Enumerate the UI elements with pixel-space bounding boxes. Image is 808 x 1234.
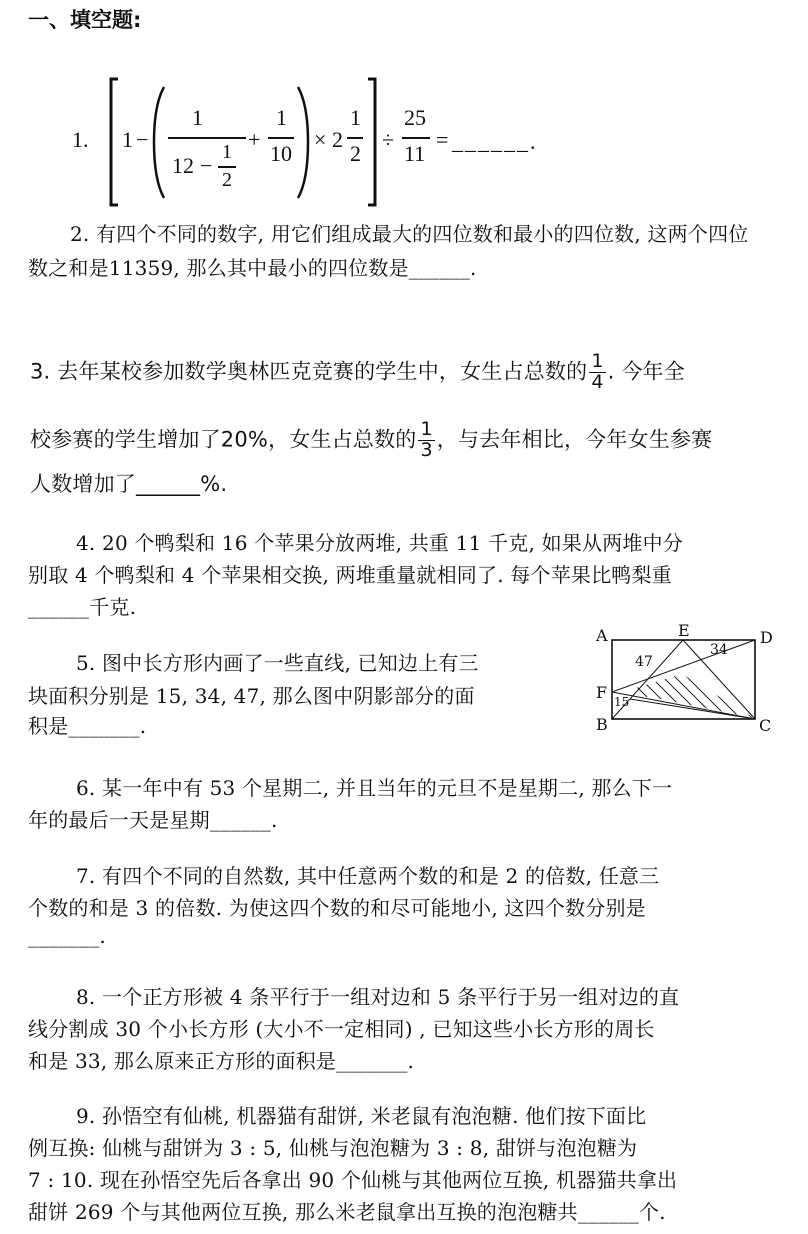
operator-divide: ÷	[382, 127, 394, 153]
question-2-line-1: 2. 有四个不同的数字, 用它们组成最大的四位数和最小的四位数, 这两个四位	[70, 218, 748, 247]
fraction-b-bar	[268, 137, 294, 139]
fraction-a-numerator: 1	[192, 105, 203, 131]
operator-minus: −	[136, 127, 148, 153]
question-6-line-2: 年的最后一天是星期______.	[28, 804, 278, 833]
area-label-34: 34	[710, 642, 728, 658]
left-bracket-icon	[108, 77, 120, 207]
point-label-f: F	[596, 683, 607, 702]
question-3-line-2-text: 校参赛的学生增加了20%，女生占总数的	[30, 427, 416, 451]
operator-plus: +	[248, 127, 260, 153]
fraction-c-numerator: 25	[404, 105, 426, 131]
term-one: 1	[122, 127, 133, 153]
question-4-line-3: ______千克.	[28, 591, 136, 620]
fraction-c-bar	[402, 137, 430, 139]
question-7-line-3: _______.	[28, 924, 106, 948]
question-1-formula: 1. 1 − 1 12 − 1 2 + 1 10 × 2 1 2 ÷ 25 11…	[70, 75, 550, 205]
question-4-line-1: 4. 20 个鸭梨和 16 个苹果分放两堆, 共重 11 千克, 如果从两堆中分	[76, 527, 683, 556]
right-paren-icon	[296, 85, 310, 200]
question-1-number: 1.	[72, 127, 89, 153]
fraction-denominator: 4	[589, 373, 605, 393]
mixed-number-bar	[347, 137, 363, 139]
question-9-line-2: 例互换: 仙桃与甜饼为 3 : 5, 仙桃与泡泡糖为 3 : 8, 甜饼与泡泡糖…	[28, 1132, 637, 1161]
question-8-line-2: 线分割成 30 个小长方形 (大小不一定相同) , 已知这些小长方形的周长	[28, 1013, 655, 1042]
fraction-b-denominator: 10	[270, 141, 292, 167]
fraction-numerator: 1	[589, 352, 605, 373]
rectangle-diagram: A E D F B C 47 34 15	[590, 618, 790, 738]
fraction-numerator: 1	[418, 420, 434, 441]
fraction-a-bar	[168, 137, 246, 139]
mixed-number-whole: 2	[332, 127, 343, 153]
question-3-line-1-tail: . 今年全	[608, 359, 685, 383]
fraction-b-numerator: 1	[276, 105, 287, 131]
sub-fraction-denominator: 2	[222, 169, 232, 192]
question-3-line-2-tail: ，与去年相比，今年女生参赛	[437, 427, 713, 451]
question-5-line-1: 5. 图中长方形内画了一些直线, 已知边上有三	[76, 647, 479, 676]
question-9-line-3: 7 : 10. 现在孙悟空先后各拿出 90 个仙桃与其他两位互换, 机器猫共拿出	[28, 1164, 677, 1193]
question-3-line-1-text: 3. 去年某校参加数学奥林匹克竞赛的学生中，女生占总数的	[30, 359, 587, 383]
mixed-number-denominator: 2	[350, 141, 361, 167]
sub-fraction-bar	[218, 166, 236, 168]
point-label-d: D	[760, 628, 773, 647]
question-4-line-2: 别取 4 个鸭梨和 4 个苹果相交换, 两堆重量就相同了. 每个苹果比鸭梨重	[28, 559, 672, 588]
area-label-15: 15	[614, 695, 629, 709]
point-label-b: B	[596, 715, 608, 734]
question-5-line-2: 块面积分别是 15, 34, 47, 那么图中阴影部分的面	[28, 680, 475, 709]
question-3-line-2: 校参赛的学生增加了20%，女生占总数的13，与去年相比，今年女生参赛	[30, 420, 712, 461]
mixed-number-numerator: 1	[350, 105, 361, 131]
section-heading: 一、填空题:	[28, 4, 141, 34]
question-5-line-3: 积是_______.	[28, 710, 146, 739]
question-3-line-3: 人数增加了______%.	[30, 468, 227, 498]
question-3-line-1: 3. 去年某校参加数学奥林匹克竞赛的学生中，女生占总数的14. 今年全	[30, 352, 685, 393]
question-7-line-2: 个数的和是 3 的倍数. 为使这四个数的和尽可能地小, 这四个数分别是	[28, 892, 646, 921]
sub-fraction-numerator: 1	[222, 141, 232, 164]
fraction-denominator: 3	[418, 441, 434, 461]
left-paren-icon	[152, 85, 166, 200]
fraction-c-denominator: 11	[404, 141, 425, 167]
point-label-e: E	[678, 621, 690, 640]
question-9-line-1: 9. 孙悟空有仙桃, 机器猫有甜饼, 米老鼠有泡泡糖. 他们按下面比	[76, 1100, 646, 1129]
question-7-line-1: 7. 有四个不同的自然数, 其中任意两个数的和是 2 的倍数, 任意三	[76, 860, 659, 889]
point-label-c: C	[759, 716, 771, 735]
question-2-line-2: 数之和是11359, 那么其中最小的四位数是______.	[28, 252, 477, 281]
question-6-line-1: 6. 某一年中有 53 个星期二, 并且当年的元旦不是星期二, 那么下一	[76, 772, 672, 801]
point-label-a: A	[596, 626, 608, 645]
right-bracket-icon	[366, 77, 378, 207]
operator-equals: =	[436, 127, 448, 153]
fraction-one-third: 13	[418, 420, 434, 461]
question-8-line-1: 8. 一个正方形被 4 条平行于一组对边和 5 条平行于另一组对边的直	[76, 981, 679, 1010]
operator-times: ×	[314, 127, 326, 153]
fraction-a-denominator-minus: −	[200, 153, 212, 179]
fraction-one-quarter: 14	[589, 352, 605, 393]
fraction-a-denominator-term: 12	[172, 153, 194, 179]
answer-blank: ______.	[452, 129, 538, 155]
question-8-line-3: 和是 33, 那么原来正方形的面积是_______.	[28, 1045, 414, 1074]
question-9-line-4: 甜饼 269 个与其他两位互换, 那么米老鼠拿出互换的泡泡糖共______个.	[28, 1196, 666, 1225]
area-label-47: 47	[635, 654, 653, 670]
